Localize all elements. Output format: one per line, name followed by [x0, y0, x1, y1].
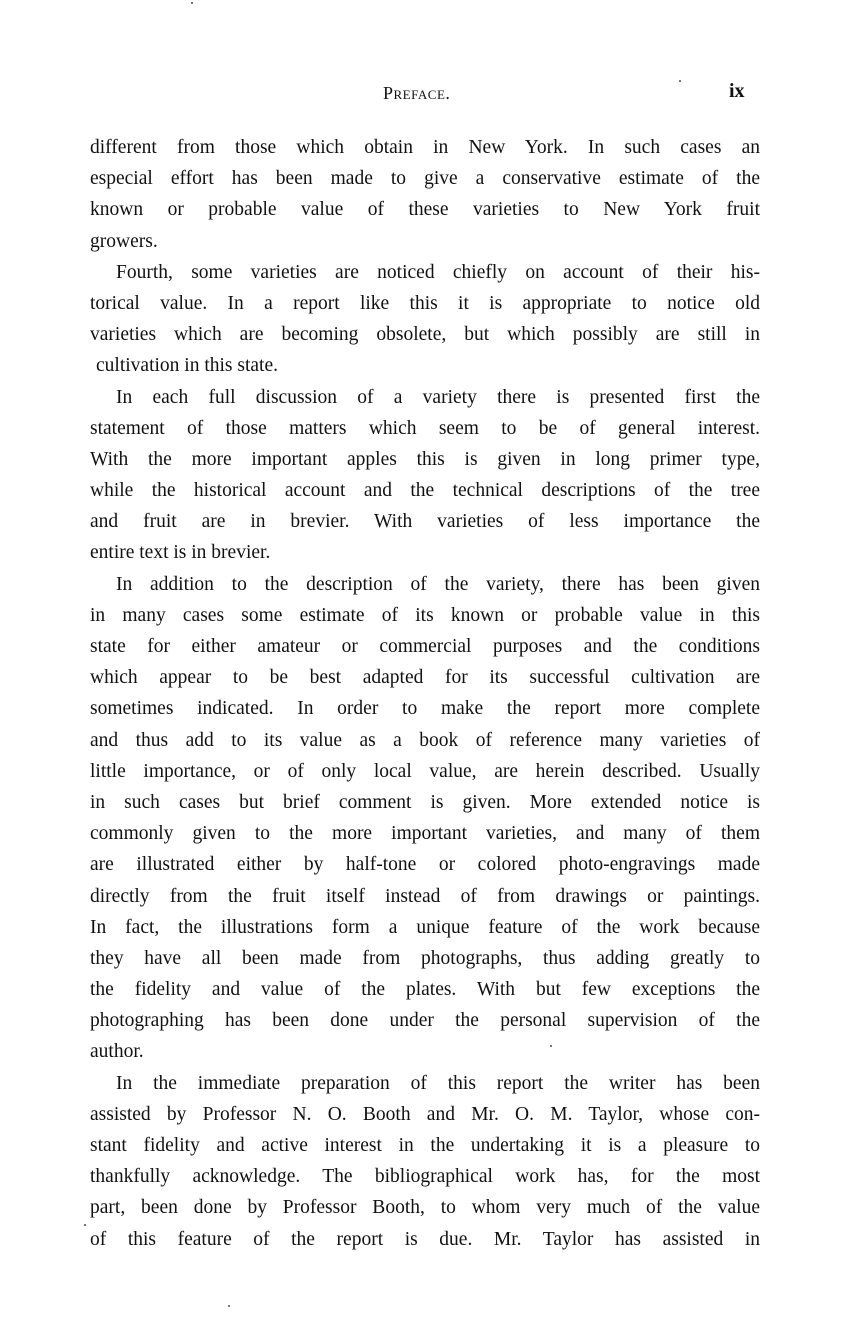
- page-number: ix: [729, 80, 745, 103]
- text-line: In addition to the description of the va…: [90, 569, 760, 600]
- text-line: author.: [90, 1036, 760, 1067]
- text-line: sometimes indicated. In order to make th…: [90, 693, 760, 724]
- text-line: entire text is in brevier.: [90, 537, 760, 568]
- paragraph-description-and-illustrations: In addition to the description of the va…: [90, 569, 760, 1068]
- text-line: directly from the fruit itself instead o…: [90, 881, 760, 912]
- text-line: known or probable value of these varieti…: [90, 194, 760, 225]
- scan-speck: [84, 1224, 86, 1226]
- paragraph-historical-value: Fourth, some varieties are noticed chief…: [90, 257, 760, 382]
- paragraph-acknowledgements: In the immediate preparation of this rep…: [90, 1068, 760, 1255]
- text-line: especial effort has been made to give a …: [90, 163, 760, 194]
- paragraph-full-discussion: In each full discussion of a variety the…: [90, 382, 760, 569]
- text-line: and fruit are in brevier. With varieties…: [90, 506, 760, 537]
- body-text: different from those which obtain in New…: [90, 132, 760, 1255]
- text-line: state for either amateur or commercial p…: [90, 631, 760, 662]
- text-line: photographing has been done under the pe…: [90, 1005, 760, 1036]
- text-line: of this feature of the report is due. Mr…: [90, 1224, 760, 1255]
- text-line: Fourth, some varieties are noticed chief…: [90, 257, 760, 288]
- text-line: In fact, the illustrations form a unique…: [90, 912, 760, 943]
- text-line: are illustrated either by half-tone or c…: [90, 849, 760, 880]
- text-line: while the historical account and the tec…: [90, 475, 760, 506]
- text-line: growers.: [90, 226, 760, 257]
- text-line: With the more important apples this is g…: [90, 444, 760, 475]
- running-head: Preface. ix: [0, 83, 850, 109]
- text-line: stant fidelity and active interest in th…: [90, 1130, 760, 1161]
- text-line: thankfully acknowledge. The bibliographi…: [90, 1161, 760, 1192]
- running-head-title: Preface.: [383, 83, 450, 104]
- scan-speck: [550, 1045, 552, 1047]
- scan-speck: [191, 2, 193, 4]
- document-page: Preface. ix different from those which o…: [0, 0, 850, 1341]
- paragraph-continuation: different from those which obtain in New…: [90, 132, 760, 257]
- text-line: in many cases some estimate of its known…: [90, 600, 760, 631]
- scan-speck: [228, 1305, 230, 1307]
- text-line: and thus add to its value as a book of r…: [90, 725, 760, 756]
- text-line: they have all been made from photographs…: [90, 943, 760, 974]
- text-line: which appear to be best adapted for its …: [90, 662, 760, 693]
- text-line: different from those which obtain in New…: [90, 132, 760, 163]
- text-line: in such cases but brief comment is given…: [90, 787, 760, 818]
- text-line: commonly given to the more important var…: [90, 818, 760, 849]
- text-line: In each full discussion of a variety the…: [90, 382, 760, 413]
- text-line: statement of those matters which seem to…: [90, 413, 760, 444]
- text-line: part, been done by Professor Booth, to w…: [90, 1192, 760, 1223]
- text-line: cultivation in this state.: [90, 350, 760, 381]
- text-line: torical value. In a report like this it …: [90, 288, 760, 319]
- text-line: varieties which are becoming obsolete, b…: [90, 319, 760, 350]
- text-line: In the immediate preparation of this rep…: [90, 1068, 760, 1099]
- text-line: the fidelity and value of the plates. Wi…: [90, 974, 760, 1005]
- text-line: little importance, or of only local valu…: [90, 756, 760, 787]
- scan-speck: [679, 80, 681, 82]
- text-line: assisted by Professor N. O. Booth and Mr…: [90, 1099, 760, 1130]
